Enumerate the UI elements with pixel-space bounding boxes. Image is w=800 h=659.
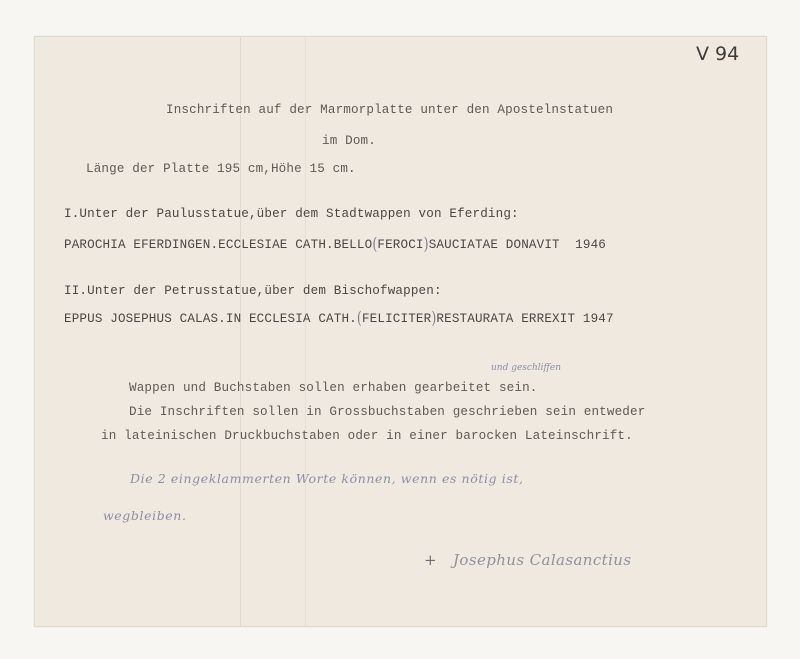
inscription-year: 1946 (575, 238, 606, 252)
document-page: V 94 Inschriften auf der Marmorplatte un… (34, 36, 767, 627)
bracket-open: ( (372, 233, 377, 253)
handwritten-note-line-2: wegbleiben. (103, 508, 187, 523)
bracketed-word: FEROCI (377, 238, 423, 252)
inscription-text: EPPUS JOSEPHUS CALAS.IN ECCLESIA CATH. (64, 312, 357, 326)
archive-mark: V 94 (696, 43, 739, 65)
section-2-inscription: EPPUS JOSEPHUS CALAS.IN ECCLESIA CATH.(F… (64, 310, 614, 326)
inscription-text: SAUCIATAE DONAVIT (429, 238, 560, 252)
paper-fold (240, 37, 241, 626)
section-2-title: II.Unter der Petrusstatue,über dem Bisch… (64, 284, 442, 298)
paper-fold (305, 37, 306, 626)
note-line-1: Wappen und Buchstaben sollen erhaben gea… (129, 381, 538, 395)
section-1-inscription: PAROCHIA EFERDINGEN.ECCLESIAE CATH.BELLO… (64, 236, 606, 252)
heading-line-2: im Dom. (322, 134, 376, 148)
note-line-3: in lateinischen Druckbuchstaben oder in … (101, 429, 633, 443)
bracket-close: ) (424, 233, 429, 253)
bracket-open: ( (357, 307, 362, 327)
note-line-2: Die Inschriften sollen in Grossbuchstabe… (129, 405, 645, 419)
inscription-text: PAROCHIA EFERDINGEN.ECCLESIAE CATH.BELLO (64, 238, 372, 252)
bracketed-word: FELICITER (362, 312, 431, 326)
signature-name: Josephus Calasanctius (453, 551, 631, 569)
handwritten-note-line-1: Die 2 eingeklammerten Worte können, wenn… (130, 471, 524, 486)
heading-line-1: Inschriften auf der Marmorplatte unter d… (166, 103, 613, 117)
handwritten-insert: und geschliffen (491, 363, 561, 373)
inscription-text: RESTAURATA ERREXIT (436, 312, 575, 326)
section-1-title: I.Unter der Paulusstatue,über dem Stadtw… (64, 207, 519, 221)
bracket-close: ) (431, 307, 436, 327)
signature-cross: + (424, 551, 437, 569)
plate-dimensions: Länge der Platte 195 cm,Höhe 15 cm. (86, 162, 356, 176)
inscription-year: 1947 (583, 312, 614, 326)
